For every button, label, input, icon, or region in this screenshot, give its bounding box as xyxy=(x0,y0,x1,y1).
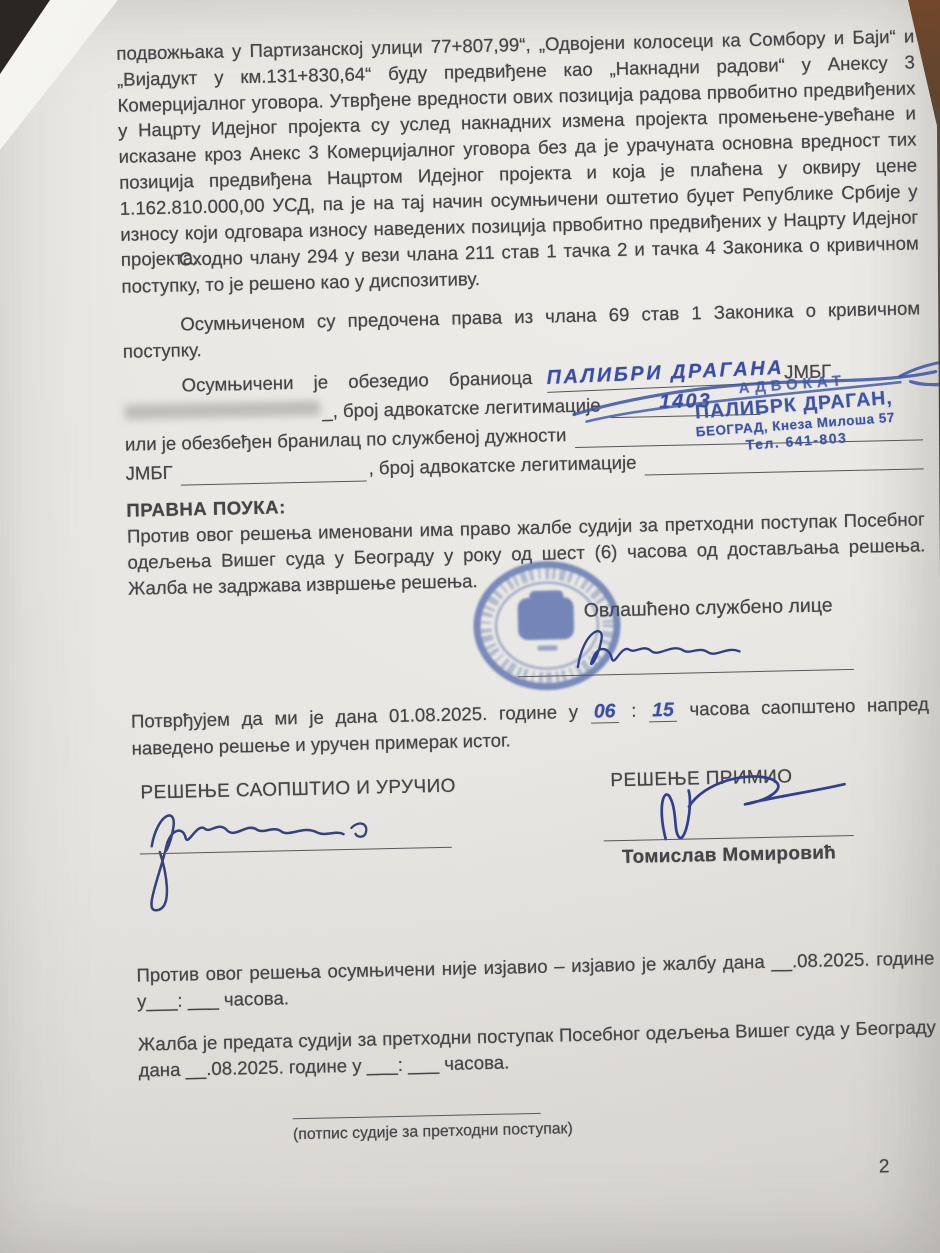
blank-line xyxy=(645,468,924,475)
legitimacija-label-2: , број адвокатске легитимације xyxy=(368,450,636,482)
time-hours-handwritten: 06 xyxy=(591,700,619,724)
photographed-document: { "page": { "number": "2" }, "colors": {… xyxy=(0,0,940,1253)
receiver-signature-block: Томислав Момировић xyxy=(604,835,855,871)
judge-signature-caption: (потпис судије за претходни поступак) xyxy=(293,1114,542,1148)
time-minutes-handwritten: 15 xyxy=(649,699,677,723)
paper-sheet: подвожњака у Партизанској улици 77+807,9… xyxy=(0,0,940,1253)
blank-line xyxy=(181,481,367,486)
jmbg-redacted-blur xyxy=(124,401,320,420)
document-content: подвожњака у Партизанској улици 77+807,9… xyxy=(116,17,940,1249)
receiver-name: Томислав Момировић xyxy=(604,836,855,871)
paragraph-rights: Осумњиченом су предочена права из члана … xyxy=(122,295,921,364)
confirmation-paragraph: Потврђујем да ми је дана 01.08.2025. год… xyxy=(131,691,930,761)
page-number: 2 xyxy=(879,1154,890,1180)
jmbg-label-2: ЈМБГ xyxy=(125,460,173,487)
officer-signature xyxy=(557,608,829,692)
confirmation-pre: Потврђујем да ми је дана 01.08.2025. год… xyxy=(131,701,579,732)
appeal-submission-paragraph: Жалба је предата судији за претходни пос… xyxy=(138,1014,937,1083)
judge-signature-block: (потпис судије за претходни поступак) xyxy=(293,1113,542,1148)
receiver-signature xyxy=(606,767,864,847)
time-separator: : xyxy=(631,700,637,721)
appeal-statement-paragraph: Против овог решења осумњичени није изјав… xyxy=(136,945,935,1014)
